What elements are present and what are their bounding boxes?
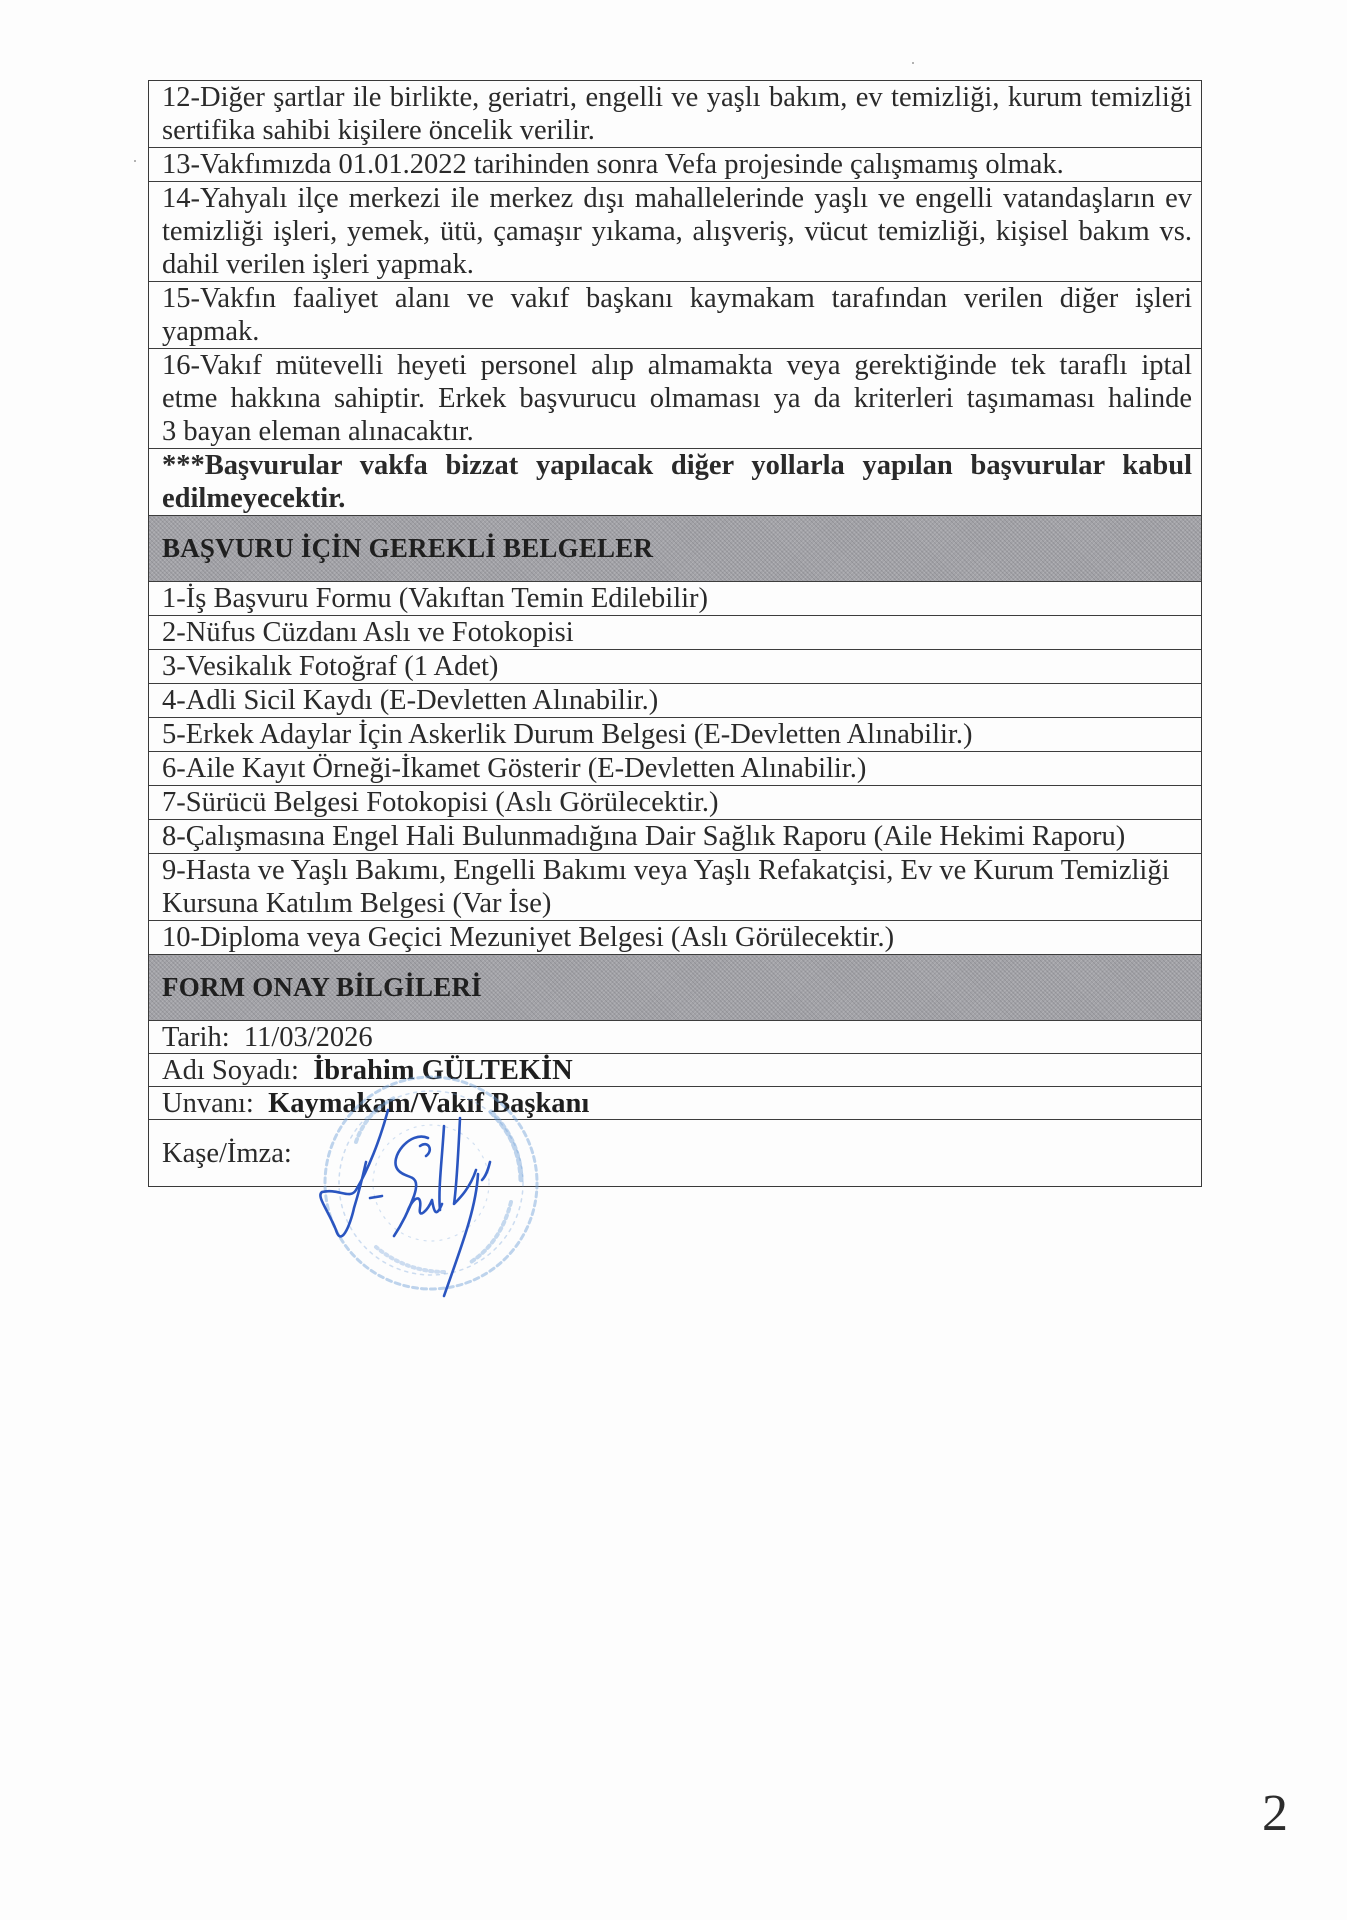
title-value: Kaymakam/Vakıf Başkanı <box>268 1088 589 1119</box>
document-text: 3-Vesikalık Fotoğraf (1 Adet) <box>162 650 1192 683</box>
condition-text: yapmak. <box>162 315 1192 348</box>
condition-text: sertifika sahibi kişilere öncelik verili… <box>162 114 1192 147</box>
condition-text: 14-Yahyalı ilçe merkezi ile merkez dışı … <box>162 182 1192 215</box>
document-item-10: 10-Diploma veya Geçici Mezuniyet Belgesi… <box>149 921 1201 955</box>
condition-text: 16-Vakıf mütevelli heyeti personel alıp … <box>162 349 1192 382</box>
section-title: FORM ONAY BİLGİLERİ <box>162 971 482 1004</box>
document-text: 1-İş Başvuru Formu (Vakıftan Temin Edile… <box>162 582 1192 615</box>
condition-row-13: 13-Vakfımızda 01.01.2022 tarihinden sonr… <box>149 148 1201 182</box>
name-value: İbrahim GÜLTEKİN <box>313 1055 572 1086</box>
condition-row-12: 12-Diğer şartlar ile birlikte, geriatri,… <box>149 81 1201 148</box>
condition-text: 3 bayan eleman alınacaktır. <box>162 415 1192 448</box>
condition-text: dahil verilen işleri yapmak. <box>162 248 1192 281</box>
document-item-9: 9-Hasta ve Yaşlı Bakımı, Engelli Bakımı … <box>149 854 1201 921</box>
document-text: 8-Çalışmasına Engel Hali Bulunmadığına D… <box>162 820 1192 853</box>
approval-title-row: Unvanı: Kaymakam/Vakıf Başkanı <box>149 1087 1201 1120</box>
document-item-3: 3-Vesikalık Fotoğraf (1 Adet) <box>149 650 1201 684</box>
condition-text: 13-Vakfımızda 01.01.2022 tarihinden sonr… <box>162 148 1192 181</box>
page-number: 2 <box>1262 1788 1288 1840</box>
approval-date-row: Tarih: 11/03/2026 <box>149 1021 1201 1054</box>
document-item-1: 1-İş Başvuru Formu (Vakıftan Temin Edile… <box>149 582 1201 616</box>
document-item-6: 6-Aile Kayıt Örneği-İkamet Gösterir (E-D… <box>149 752 1201 786</box>
document-text: Kursuna Katılım Belgesi (Var İse) <box>162 887 1192 920</box>
condition-row-16: 16-Vakıf mütevelli heyeti personel alıp … <box>149 349 1201 449</box>
document-item-4: 4-Adli Sicil Kaydı (E-Devletten Alınabil… <box>149 684 1201 718</box>
document-text: 5-Erkek Adaylar İçin Askerlik Durum Belg… <box>162 718 1192 751</box>
document-text: 2-Nüfus Cüzdanı Aslı ve Fotokopisi <box>162 616 1192 649</box>
scan-speck <box>912 62 914 64</box>
required-documents-heading: BAŞVURU İÇİN GEREKLİ BELGELER <box>149 516 1201 582</box>
date-label: Tarih: <box>162 1022 237 1053</box>
document-page: 12-Diğer şartlar ile birlikte, geriatri,… <box>0 0 1347 1920</box>
date-value: 11/03/2026 <box>244 1022 373 1053</box>
condition-row-14: 14-Yahyalı ilçe merkezi ile merkez dışı … <box>149 182 1201 282</box>
document-text: 10-Diploma veya Geçici Mezuniyet Belgesi… <box>162 921 1192 954</box>
notice-text: ***Başvurular vakfa bizzat yapılacak diğ… <box>162 449 1192 482</box>
document-item-5: 5-Erkek Adaylar İçin Askerlik Durum Belg… <box>149 718 1201 752</box>
condition-text: etme hakkına sahiptir. Erkek başvurucu o… <box>162 382 1192 415</box>
condition-text: 12-Diğer şartlar ile birlikte, geriatri,… <box>162 81 1192 114</box>
name-label: Adı Soyadı: <box>162 1055 306 1086</box>
document-text: 6-Aile Kayıt Örneği-İkamet Gösterir (E-D… <box>162 752 1192 785</box>
seal-label: Kaşe/İmza: <box>162 1137 299 1170</box>
document-text: 7-Sürücü Belgesi Fotokopisi (Aslı Görüle… <box>162 786 1192 819</box>
notice-text: edilmeyecektir. <box>162 482 1192 515</box>
approval-seal-row: Kaşe/İmza: <box>149 1120 1201 1186</box>
title-label: Unvanı: <box>162 1088 261 1119</box>
condition-text: 15-Vakfın faaliyet alanı ve vakıf başkan… <box>162 282 1192 315</box>
condition-text: temizliği işleri, yemek, ütü, çamaşır yı… <box>162 215 1192 248</box>
form-approval-heading: FORM ONAY BİLGİLERİ <box>149 955 1201 1021</box>
application-notice-row: ***Başvurular vakfa bizzat yapılacak diğ… <box>149 449 1201 516</box>
section-title: BAŞVURU İÇİN GEREKLİ BELGELER <box>162 532 653 565</box>
document-item-8: 8-Çalışmasına Engel Hali Bulunmadığına D… <box>149 820 1201 854</box>
condition-row-15: 15-Vakfın faaliyet alanı ve vakıf başkan… <box>149 282 1201 349</box>
document-text: 4-Adli Sicil Kaydı (E-Devletten Alınabil… <box>162 684 1192 717</box>
scan-speck <box>134 160 136 162</box>
approval-name-row: Adı Soyadı: İbrahim GÜLTEKİN <box>149 1054 1201 1087</box>
application-table: 12-Diğer şartlar ile birlikte, geriatri,… <box>148 80 1202 1187</box>
document-item-2: 2-Nüfus Cüzdanı Aslı ve Fotokopisi <box>149 616 1201 650</box>
document-text: 9-Hasta ve Yaşlı Bakımı, Engelli Bakımı … <box>162 854 1192 887</box>
document-item-7: 7-Sürücü Belgesi Fotokopisi (Aslı Görüle… <box>149 786 1201 820</box>
